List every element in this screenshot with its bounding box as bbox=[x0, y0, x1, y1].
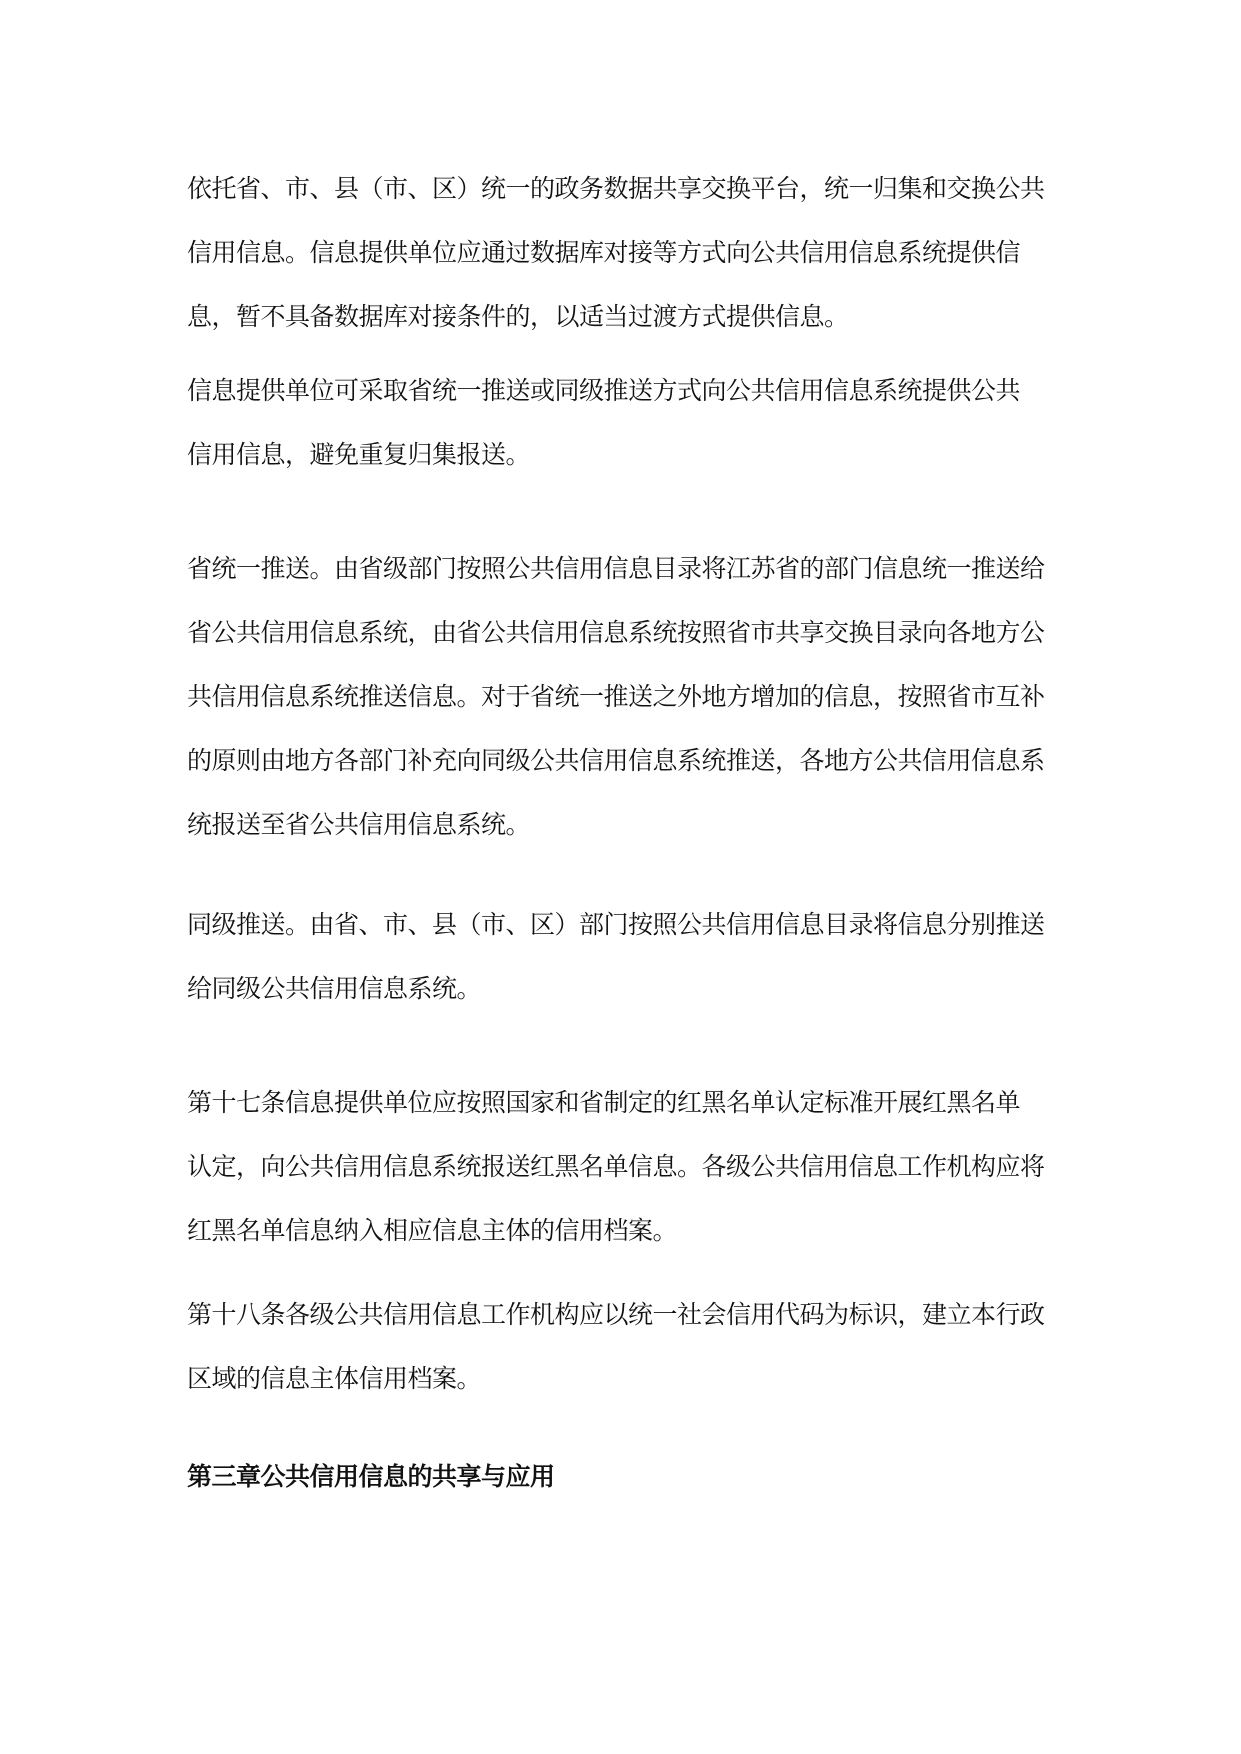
paragraph-push-methods: 信息提供单位可采取省统一推送或同级推送方式向公共信用信息系统提供公共 信用信息，… bbox=[187, 359, 1057, 487]
text-line: 共信用信息系统推送信息。对于省统一推送之外地方增加的信息，按照省市互补 bbox=[187, 665, 1057, 729]
paragraph-platform-collection: 依托省、市、县（市、区）统一的政务数据共享交换平台，统一归集和交换公共 信用信息… bbox=[187, 157, 1057, 349]
text-line: 第十八条各级公共信用信息工作机构应以统一社会信用代码为标识，建立本行政 bbox=[187, 1283, 1057, 1347]
text-line: 省统一推送。由省级部门按照公共信用信息目录将江苏省的部门信息统一推送给 bbox=[187, 537, 1057, 601]
text-line: 省公共信用信息系统，由省公共信用信息系统按照省市共享交换目录向各地方公 bbox=[187, 601, 1057, 665]
text-line: 认定，向公共信用信息系统报送红黑名单信息。各级公共信用信息工作机构应将 bbox=[187, 1135, 1057, 1199]
paragraph-same-level-push: 同级推送。由省、市、县（市、区）部门按照公共信用信息目录将信息分别推送 给同级公… bbox=[187, 893, 1057, 1021]
paragraph-article-18: 第十八条各级公共信用信息工作机构应以统一社会信用代码为标识，建立本行政 区域的信… bbox=[187, 1283, 1057, 1411]
chapter-heading: 第三章公共信用信息的共享与应用 bbox=[187, 1445, 555, 1509]
text-line: 区域的信息主体信用档案。 bbox=[187, 1347, 1057, 1411]
paragraph-article-17: 第十七条信息提供单位应按照国家和省制定的红黑名单认定标准开展红黑名单 认定，向公… bbox=[187, 1071, 1057, 1263]
text-line: 同级推送。由省、市、县（市、区）部门按照公共信用信息目录将信息分别推送 bbox=[187, 893, 1057, 957]
text-line: 息，暂不具备数据库对接条件的，以适当过渡方式提供信息。 bbox=[187, 285, 1057, 349]
text-line: 给同级公共信用信息系统。 bbox=[187, 957, 1057, 1021]
text-line: 红黑名单信息纳入相应信息主体的信用档案。 bbox=[187, 1199, 1057, 1263]
text-line: 信用信息。信息提供单位应通过数据库对接等方式向公共信用信息系统提供信 bbox=[187, 221, 1057, 285]
text-line: 统报送至省公共信用信息系统。 bbox=[187, 793, 1057, 857]
paragraph-provincial-push: 省统一推送。由省级部门按照公共信用信息目录将江苏省的部门信息统一推送给 省公共信… bbox=[187, 537, 1057, 857]
text-line: 依托省、市、县（市、区）统一的政务数据共享交换平台，统一归集和交换公共 bbox=[187, 157, 1057, 221]
text-line: 的原则由地方各部门补充向同级公共信用信息系统推送，各地方公共信用信息系 bbox=[187, 729, 1057, 793]
text-line: 第十七条信息提供单位应按照国家和省制定的红黑名单认定标准开展红黑名单 bbox=[187, 1071, 1057, 1135]
text-line: 信息提供单位可采取省统一推送或同级推送方式向公共信用信息系统提供公共 bbox=[187, 359, 1057, 423]
text-line: 信用信息，避免重复归集报送。 bbox=[187, 423, 1057, 487]
